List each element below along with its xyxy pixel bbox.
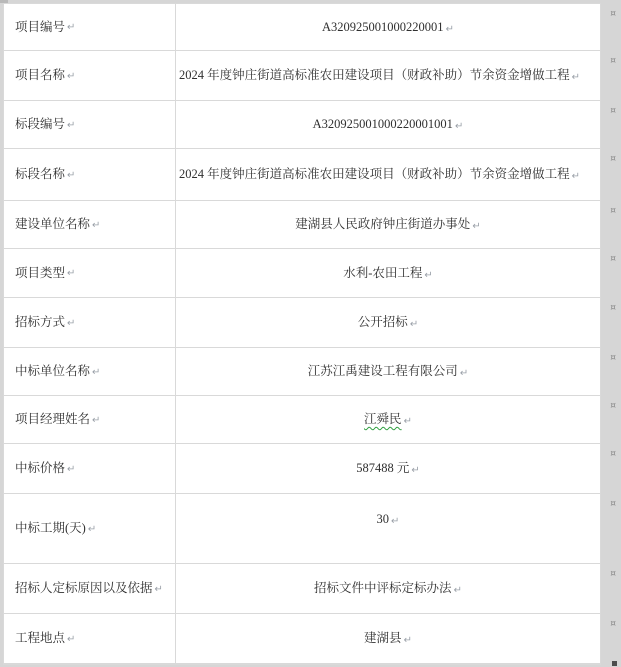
table-row: 中标单位名称↵ 江苏江禹建设工程有限公司↵ ¤ [4,348,600,396]
row-label: 项目名称 [15,67,65,84]
table-row: 标段编号↵ A320925001000220001001↵ ¤ [4,101,600,149]
end-of-row-mark-icon: ¤ [610,401,616,411]
row-label: 中标单位名称 [15,363,90,380]
value-cell-project-location[interactable]: 建湖县↵ [176,614,600,663]
table-resize-handle[interactable] [612,661,617,666]
paragraph-mark-icon: ↵ [67,70,75,84]
label-cell-project-number[interactable]: 项目编号↵ [4,4,176,50]
paragraph-mark-icon: ↵ [424,270,432,281]
paragraph-mark-icon: ↵ [67,169,75,183]
paragraph-mark-icon: ↵ [460,368,468,379]
row-value: 建湖县 [364,631,402,645]
paragraph-mark-icon: ↵ [472,221,480,232]
row-label: 工程地点 [15,630,65,647]
table-row: 招标方式↵ 公开招标↵ ¤ [4,298,600,348]
label-cell-winner-name[interactable]: 中标单位名称↵ [4,348,176,395]
end-of-row-mark-icon: ¤ [610,499,616,509]
end-of-row-mark-icon: ¤ [610,449,616,459]
label-cell-manager-name[interactable]: 项目经理姓名↵ [4,396,176,443]
row-value: 2024 年度钟庄街道高标准农田建设项目（财政补助）节余资金增做工程 [179,167,570,181]
value-cell-owner-name[interactable]: 建湖县人民政府钟庄街道办事处↵ [176,201,600,248]
row-label: 标段名称 [15,166,65,183]
paragraph-mark-icon: ↵ [411,465,419,476]
paragraph-mark-icon: ↵ [446,24,454,35]
value-cell-section-number[interactable]: A320925001000220001001↵ [176,101,600,148]
end-of-row-mark-icon: ¤ [610,56,616,66]
paragraph-mark-icon: ↵ [155,583,163,597]
end-of-row-mark-icon: ¤ [610,206,616,216]
paragraph-mark-icon: ↵ [92,366,100,380]
label-cell-award-basis[interactable]: 招标人定标原因以及依据↵ [4,564,176,613]
table-row: 工程地点↵ 建湖县↵ ¤ [4,614,600,664]
end-of-row-mark-icon: ¤ [610,154,616,164]
value-cell-bidding-method[interactable]: 公开招标↵ [176,298,600,347]
label-cell-winning-price[interactable]: 中标价格↵ [4,444,176,493]
end-of-row-mark-icon: ¤ [610,619,616,629]
paragraph-mark-icon: ↵ [67,463,75,477]
end-of-row-mark-icon: ¤ [610,303,616,313]
row-label: 中标工期(天) [15,520,86,537]
row-value: 建湖县人民政府钟庄街道办事处 [295,217,470,231]
paragraph-mark-icon: ↵ [410,319,418,330]
value-cell-manager-name[interactable]: 江舜民↵ [176,396,600,443]
row-value-spellchecked: 江舜民 [364,412,402,426]
value-cell-winning-price[interactable]: 587488 元↵ [176,444,600,493]
paragraph-mark-icon: ↵ [92,219,100,233]
value-cell-duration-days[interactable]: 30↵ [176,494,600,563]
row-value: A320925001000220001001 [313,117,453,131]
paragraph-mark-icon: ↵ [454,585,462,596]
paragraph-mark-icon: ↵ [572,72,580,83]
paragraph-mark-icon: ↵ [67,119,75,133]
row-label: 招标人定标原因以及依据 [15,580,153,597]
value-cell-award-basis[interactable]: 招标文件中评标定标办法↵ [176,564,600,613]
bid-result-table: 项目编号↵ A320925001000220001↵ ¤ 项目名称↵ 2024 … [3,3,601,665]
table-row: 项目名称↵ 2024 年度钟庄街道高标准农田建设项目（财政补助）节余资金增做工程… [4,51,600,101]
row-value: 招标文件中评标定标办法 [314,581,452,595]
end-of-row-mark-icon: ¤ [610,9,616,19]
row-value: 江苏江禹建设工程有限公司 [308,364,458,378]
label-cell-section-number[interactable]: 标段编号↵ [4,101,176,148]
paragraph-mark-icon: ↵ [92,414,100,428]
label-cell-duration-days[interactable]: 中标工期(天)↵ [4,494,176,563]
row-label: 招标方式 [15,314,65,331]
paragraph-mark-icon: ↵ [404,635,412,646]
label-cell-section-name[interactable]: 标段名称↵ [4,149,176,200]
row-value: 2024 年度钟庄街道高标准农田建设项目（财政补助）节余资金增做工程 [179,68,570,82]
end-of-row-mark-icon: ¤ [610,254,616,264]
row-label: 建设单位名称 [15,216,90,233]
label-cell-project-name[interactable]: 项目名称↵ [4,51,176,100]
table-row: 项目经理姓名↵ 江舜民↵ ¤ [4,396,600,444]
value-cell-project-number[interactable]: A320925001000220001↵ [176,4,600,50]
value-cell-winner-name[interactable]: 江苏江禹建设工程有限公司↵ [176,348,600,395]
label-cell-project-location[interactable]: 工程地点↵ [4,614,176,663]
row-label: 项目经理姓名 [15,411,90,428]
row-label: 项目类型 [15,265,65,282]
row-value: 587488 元 [356,461,409,475]
row-value: A320925001000220001 [322,20,444,34]
paragraph-mark-icon: ↵ [572,171,580,182]
row-value: 30 [377,512,390,526]
table-row: 标段名称↵ 2024 年度钟庄街道高标准农田建设项目（财政补助）节余资金增做工程… [4,149,600,201]
paragraph-mark-icon: ↵ [391,516,399,527]
label-cell-owner-name[interactable]: 建设单位名称↵ [4,201,176,248]
label-cell-bidding-method[interactable]: 招标方式↵ [4,298,176,347]
value-cell-project-type[interactable]: 水利-农田工程↵ [176,249,600,297]
table-row: 项目编号↵ A320925001000220001↵ ¤ [4,4,600,51]
end-of-row-mark-icon: ¤ [610,106,616,116]
table-row: 项目类型↵ 水利-农田工程↵ ¤ [4,249,600,298]
paragraph-mark-icon: ↵ [67,317,75,331]
table-row: 中标工期(天)↵ 30↵ ¤ [4,494,600,564]
table-row: 建设单位名称↵ 建湖县人民政府钟庄街道办事处↵ ¤ [4,201,600,249]
row-label: 中标价格 [15,460,65,477]
value-cell-project-name[interactable]: 2024 年度钟庄街道高标准农田建设项目（财政补助）节余资金增做工程↵ [176,51,600,100]
row-label: 项目编号 [15,19,65,36]
table-row: 中标价格↵ 587488 元↵ ¤ [4,444,600,494]
row-value: 公开招标 [358,315,408,329]
paragraph-mark-icon: ↵ [455,121,463,132]
paragraph-mark-icon: ↵ [88,523,96,537]
paragraph-mark-icon: ↵ [404,416,412,427]
end-of-row-mark-icon: ¤ [610,569,616,579]
row-label: 标段编号 [15,116,65,133]
paragraph-mark-icon: ↵ [67,633,75,647]
row-value: 水利-农田工程 [343,266,422,280]
value-cell-section-name[interactable]: 2024 年度钟庄街道高标准农田建设项目（财政补助）节余资金增做工程↵ [176,149,600,200]
end-of-row-mark-icon: ¤ [610,353,616,363]
paragraph-mark-icon: ↵ [67,21,75,35]
label-cell-project-type[interactable]: 项目类型↵ [4,249,176,297]
paragraph-mark-icon: ↵ [67,267,75,281]
table-row: 招标人定标原因以及依据↵ 招标文件中评标定标办法↵ ¤ [4,564,600,614]
